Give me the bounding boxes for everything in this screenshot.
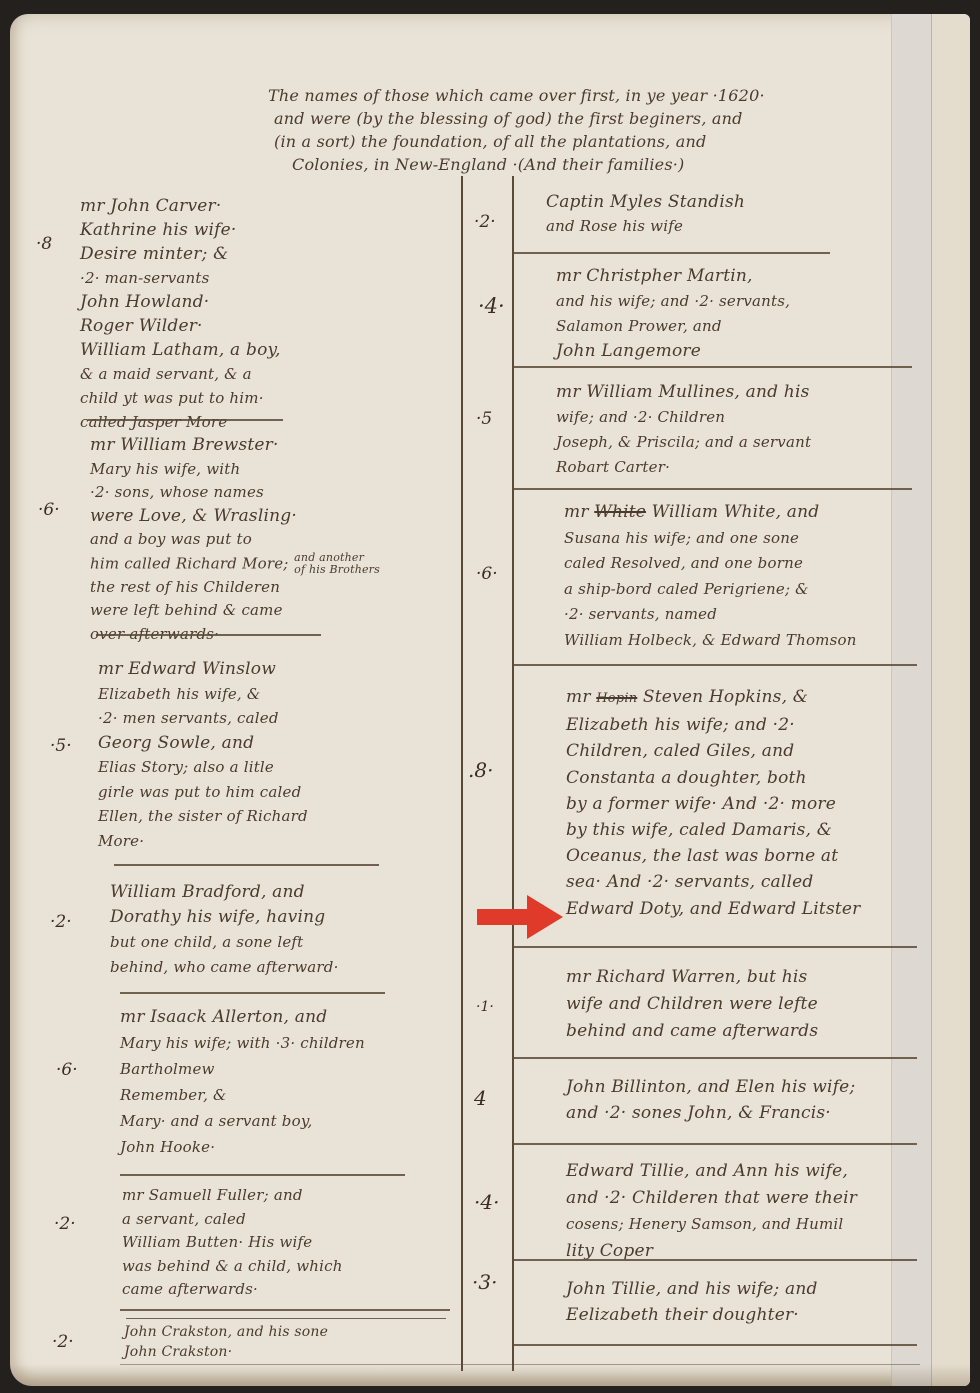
household-entry-warren: mr Richard Warren, but his wife and Chil…: [566, 964, 818, 1045]
entry-divider: [120, 1309, 450, 1311]
paper-edge-strip-outer: [931, 14, 970, 1386]
entry-line: John Crakston·: [124, 1342, 328, 1362]
entry-line: John Crakston, and his sone: [124, 1322, 328, 1342]
entry-divider: [512, 1143, 917, 1145]
household-entry-allerton: mr Isaack Allerton, and Mary his wife; w…: [120, 1004, 365, 1160]
entry-line: child yt was put to him·: [80, 386, 281, 410]
household-count: ·8: [36, 234, 52, 254]
entry-line: a ship-bord caled Perigriene; &: [564, 577, 857, 603]
entry-line: Edward Tillie, and Ann his wife,: [566, 1158, 857, 1185]
entry-line: Ellen, the sister of Richard: [98, 804, 308, 829]
entry-line: ·2· servants, named: [564, 602, 857, 628]
entry-line: Elizabeth his wife; and ·2·: [566, 712, 861, 738]
household-entry-mullines: mr William Mullines, and his wife; and ·…: [556, 380, 811, 480]
entry-line: were Love, & Wrasling·: [90, 505, 380, 529]
entry-line: Oceanus, the last was borne at: [566, 843, 861, 869]
entry-line: Eelizabeth their doughter·: [566, 1302, 818, 1328]
entry-divider: [512, 946, 917, 948]
entry-prefix: mr: [566, 687, 596, 707]
entry-line: mr Edward Winslow: [98, 657, 308, 682]
household-entry-standish: Captin Myles Standish and Rose his wife: [546, 190, 745, 238]
entry-line: and ·2· Childeren that were their: [566, 1185, 857, 1212]
struck-word: White: [594, 502, 646, 522]
entry-line: William Latham, a boy,: [80, 338, 281, 362]
household-entry-winslow: mr Edward Winslow Elizabeth his wife, & …: [98, 657, 308, 853]
entry-line: William Holbeck, & Edward Thomson: [564, 628, 857, 654]
manuscript-page: The names of those which came over first…: [10, 14, 970, 1386]
entry-line: Remember, &: [120, 1082, 365, 1108]
entry-name: William White, and: [652, 502, 820, 522]
entry-line: Mary his wife; with ·3· children: [120, 1030, 365, 1056]
household-count: ·6·: [476, 564, 498, 584]
household-count: ·6·: [38, 500, 60, 520]
entry-divider: [120, 1174, 405, 1176]
household-entry-bradford: William Bradford, and Dorathy his wife, …: [110, 880, 339, 980]
entry-line: ·2· man-servants: [80, 266, 281, 290]
entry-line: mr Hopin Steven Hopkins, &: [566, 684, 861, 712]
entry-line: a servant, caled: [122, 1208, 343, 1232]
entry-divider: [88, 419, 283, 421]
entry-line: John Howland·: [80, 290, 281, 314]
household-count: ·4·: [478, 294, 505, 318]
entry-line: Constanta a doughter, both: [566, 765, 861, 791]
entry-line: but one child, a sone left: [110, 930, 339, 955]
struck-word: Hopin: [596, 691, 637, 706]
entry-line: Mary his wife, with: [90, 458, 380, 482]
entry-line: sea· And ·2· servants, called: [566, 869, 861, 895]
entry-line: and Rose his wife: [546, 214, 745, 238]
entry-line: Elizabeth his wife, &: [98, 682, 308, 707]
household-entry-edward-tillie: Edward Tillie, and Ann his wife, and ·2·…: [566, 1158, 857, 1264]
entry-line: Susana his wife; and one sone: [564, 526, 857, 552]
entry-line: & a maid servant, & a: [80, 362, 281, 386]
entry-line: John Billinton, and Elen his wife;: [566, 1074, 855, 1100]
entry-line: mr William Mullines, and his: [556, 380, 811, 405]
household-count: ·1·: [476, 999, 494, 1015]
paper-edge-strip: [891, 14, 932, 1386]
household-count: ·2·: [54, 1214, 76, 1234]
entry-line: him called Richard More; and another of …: [90, 552, 380, 576]
entry-line: William Butten· His wife: [122, 1231, 343, 1255]
entry-line: Mary· and a servant boy,: [120, 1108, 365, 1134]
entry-divider: [96, 634, 321, 636]
entry-line: wife; and ·2· Children: [556, 405, 811, 430]
column-rule-right: [512, 176, 514, 1371]
household-count: ·2·: [50, 912, 72, 932]
entry-line: Captin Myles Standish: [546, 190, 745, 214]
heading-line: Colonies, in New-England ·(And their fam…: [268, 153, 828, 176]
entry-line: More·: [98, 829, 308, 854]
household-entry-carver: mr John Carver· Kathrine his wife· Desir…: [80, 194, 281, 434]
entry-divider: [512, 1259, 917, 1261]
entry-divider: [114, 864, 379, 866]
household-entry-white: mr White mr William White, and William W…: [564, 500, 857, 653]
entry-line: Joseph, & Priscila; and a servant: [556, 430, 811, 455]
entry-divider: [512, 366, 912, 368]
entry-prefix: mr: [564, 502, 594, 522]
entry-line: was behind & a child, which: [122, 1255, 343, 1279]
entry-line: by a former wife· And ·2· more: [566, 791, 861, 817]
entry-line: came afterwards·: [122, 1278, 343, 1302]
page-heading: The names of those which came over first…: [268, 84, 828, 176]
entry-line: ·2· sons, whose names: [90, 481, 380, 505]
entry-line: wife and Children were lefte: [566, 991, 818, 1018]
entry-line: Children, caled Giles, and: [566, 738, 861, 764]
entry-line: Robart Carter·: [556, 455, 811, 480]
bottom-rule: [120, 1364, 920, 1365]
entry-line-text: him called Richard More;: [90, 554, 289, 572]
entry-line: mr Christpher Martin,: [556, 264, 790, 289]
entry-line: William Bradford, and: [110, 880, 339, 905]
entry-line: Georg Sowle, and: [98, 731, 308, 756]
household-entry-billinton: John Billinton, and Elen his wife; and ·…: [566, 1074, 855, 1126]
household-entry-fuller: mr Samuell Fuller; and a servant, caled …: [122, 1184, 343, 1302]
interlinear-note: and another of his Brothers: [294, 552, 380, 576]
entry-line: mr Samuell Fuller; and: [122, 1184, 343, 1208]
entry-line: mr John Carver·: [80, 194, 281, 218]
entry-divider: [126, 1318, 446, 1319]
entry-divider: [512, 664, 917, 666]
entry-line: mr Isaack Allerton, and: [120, 1004, 365, 1030]
entry-line: cosens; Henery Samson, and Humil: [566, 1211, 857, 1238]
household-count: ·2·: [52, 1332, 74, 1352]
entry-divider: [512, 1344, 917, 1346]
interlinear-note-line: of his Brothers: [294, 563, 380, 576]
household-count: ·5·: [50, 736, 72, 756]
entry-divider: [512, 1057, 917, 1059]
column-rule-left: [461, 176, 463, 1371]
entry-line: Kathrine his wife·: [80, 218, 281, 242]
household-count: ·2·: [474, 212, 496, 232]
entry-line: ·2· men servants, caled: [98, 706, 308, 731]
entry-line: Elias Story; also a litle: [98, 755, 308, 780]
entry-line: Bartholmew: [120, 1056, 365, 1082]
household-count: ·5: [476, 409, 492, 429]
entry-line: the rest of his Childeren: [90, 576, 380, 600]
household-entry-john-tillie: John Tillie, and his wife; and Eelizabet…: [566, 1276, 818, 1328]
household-entry-martin: mr Christpher Martin, and his wife; and …: [556, 264, 790, 364]
entry-line: and ·2· sones John, & Francis·: [566, 1100, 855, 1126]
heading-line: (in a sort) the foundation, of all the p…: [268, 130, 828, 153]
entry-line: and his wife; and ·2· servants,: [556, 289, 790, 314]
red-arrow-icon: [477, 895, 563, 939]
entry-divider: [120, 992, 385, 994]
entry-line: were left behind & came: [90, 599, 380, 623]
entry-line: Desire minter; &: [80, 242, 281, 266]
household-entry-hopkins: mr Hopin Steven Hopkins, & Elizabeth his…: [566, 684, 861, 922]
household-count: 4: [474, 1086, 487, 1110]
household-count: ·3·: [472, 1270, 497, 1294]
entry-line: Roger Wilder·: [80, 314, 281, 338]
entry-line: by this wife, caled Damaris, &: [566, 817, 861, 843]
entry-line: girle was put to him caled: [98, 780, 308, 805]
entry-line: and a boy was put to: [90, 528, 380, 552]
entry-divider: [512, 488, 912, 490]
entry-line: mr White mr William White, and William W…: [564, 500, 857, 526]
household-count: ·6·: [56, 1060, 78, 1080]
entry-name: Steven Hopkins, &: [643, 687, 808, 707]
household-count: ·4·: [474, 1190, 499, 1214]
entry-line: caled Resolved, and one borne: [564, 551, 857, 577]
heading-line: The names of those which came over first…: [268, 84, 828, 107]
entry-line: John Hooke·: [120, 1134, 365, 1160]
entry-divider: [512, 252, 830, 254]
heading-line: and were (by the blessing of god) the fi…: [268, 107, 828, 130]
entry-line: Dorathy his wife, having: [110, 905, 339, 930]
entry-line: mr William Brewster·: [90, 434, 380, 458]
entry-line: behind and came afterwards: [566, 1018, 818, 1045]
entry-line: John Tillie, and his wife; and: [566, 1276, 818, 1302]
entry-line: mr Richard Warren, but his: [566, 964, 818, 991]
household-count: .8·: [468, 758, 493, 782]
entry-line: called Jasper More: [80, 410, 281, 434]
entry-line: Salamon Prower, and: [556, 314, 790, 339]
entry-line: John Langemore: [556, 339, 790, 364]
highlighted-entry-line: Edward Doty, and Edward Litster: [566, 896, 861, 922]
household-entry-crakston: John Crakston, and his sone John Craksto…: [124, 1322, 328, 1362]
entry-line: behind, who came afterward·: [110, 955, 339, 980]
household-entry-brewster: mr William Brewster· Mary his wife, with…: [90, 434, 380, 646]
